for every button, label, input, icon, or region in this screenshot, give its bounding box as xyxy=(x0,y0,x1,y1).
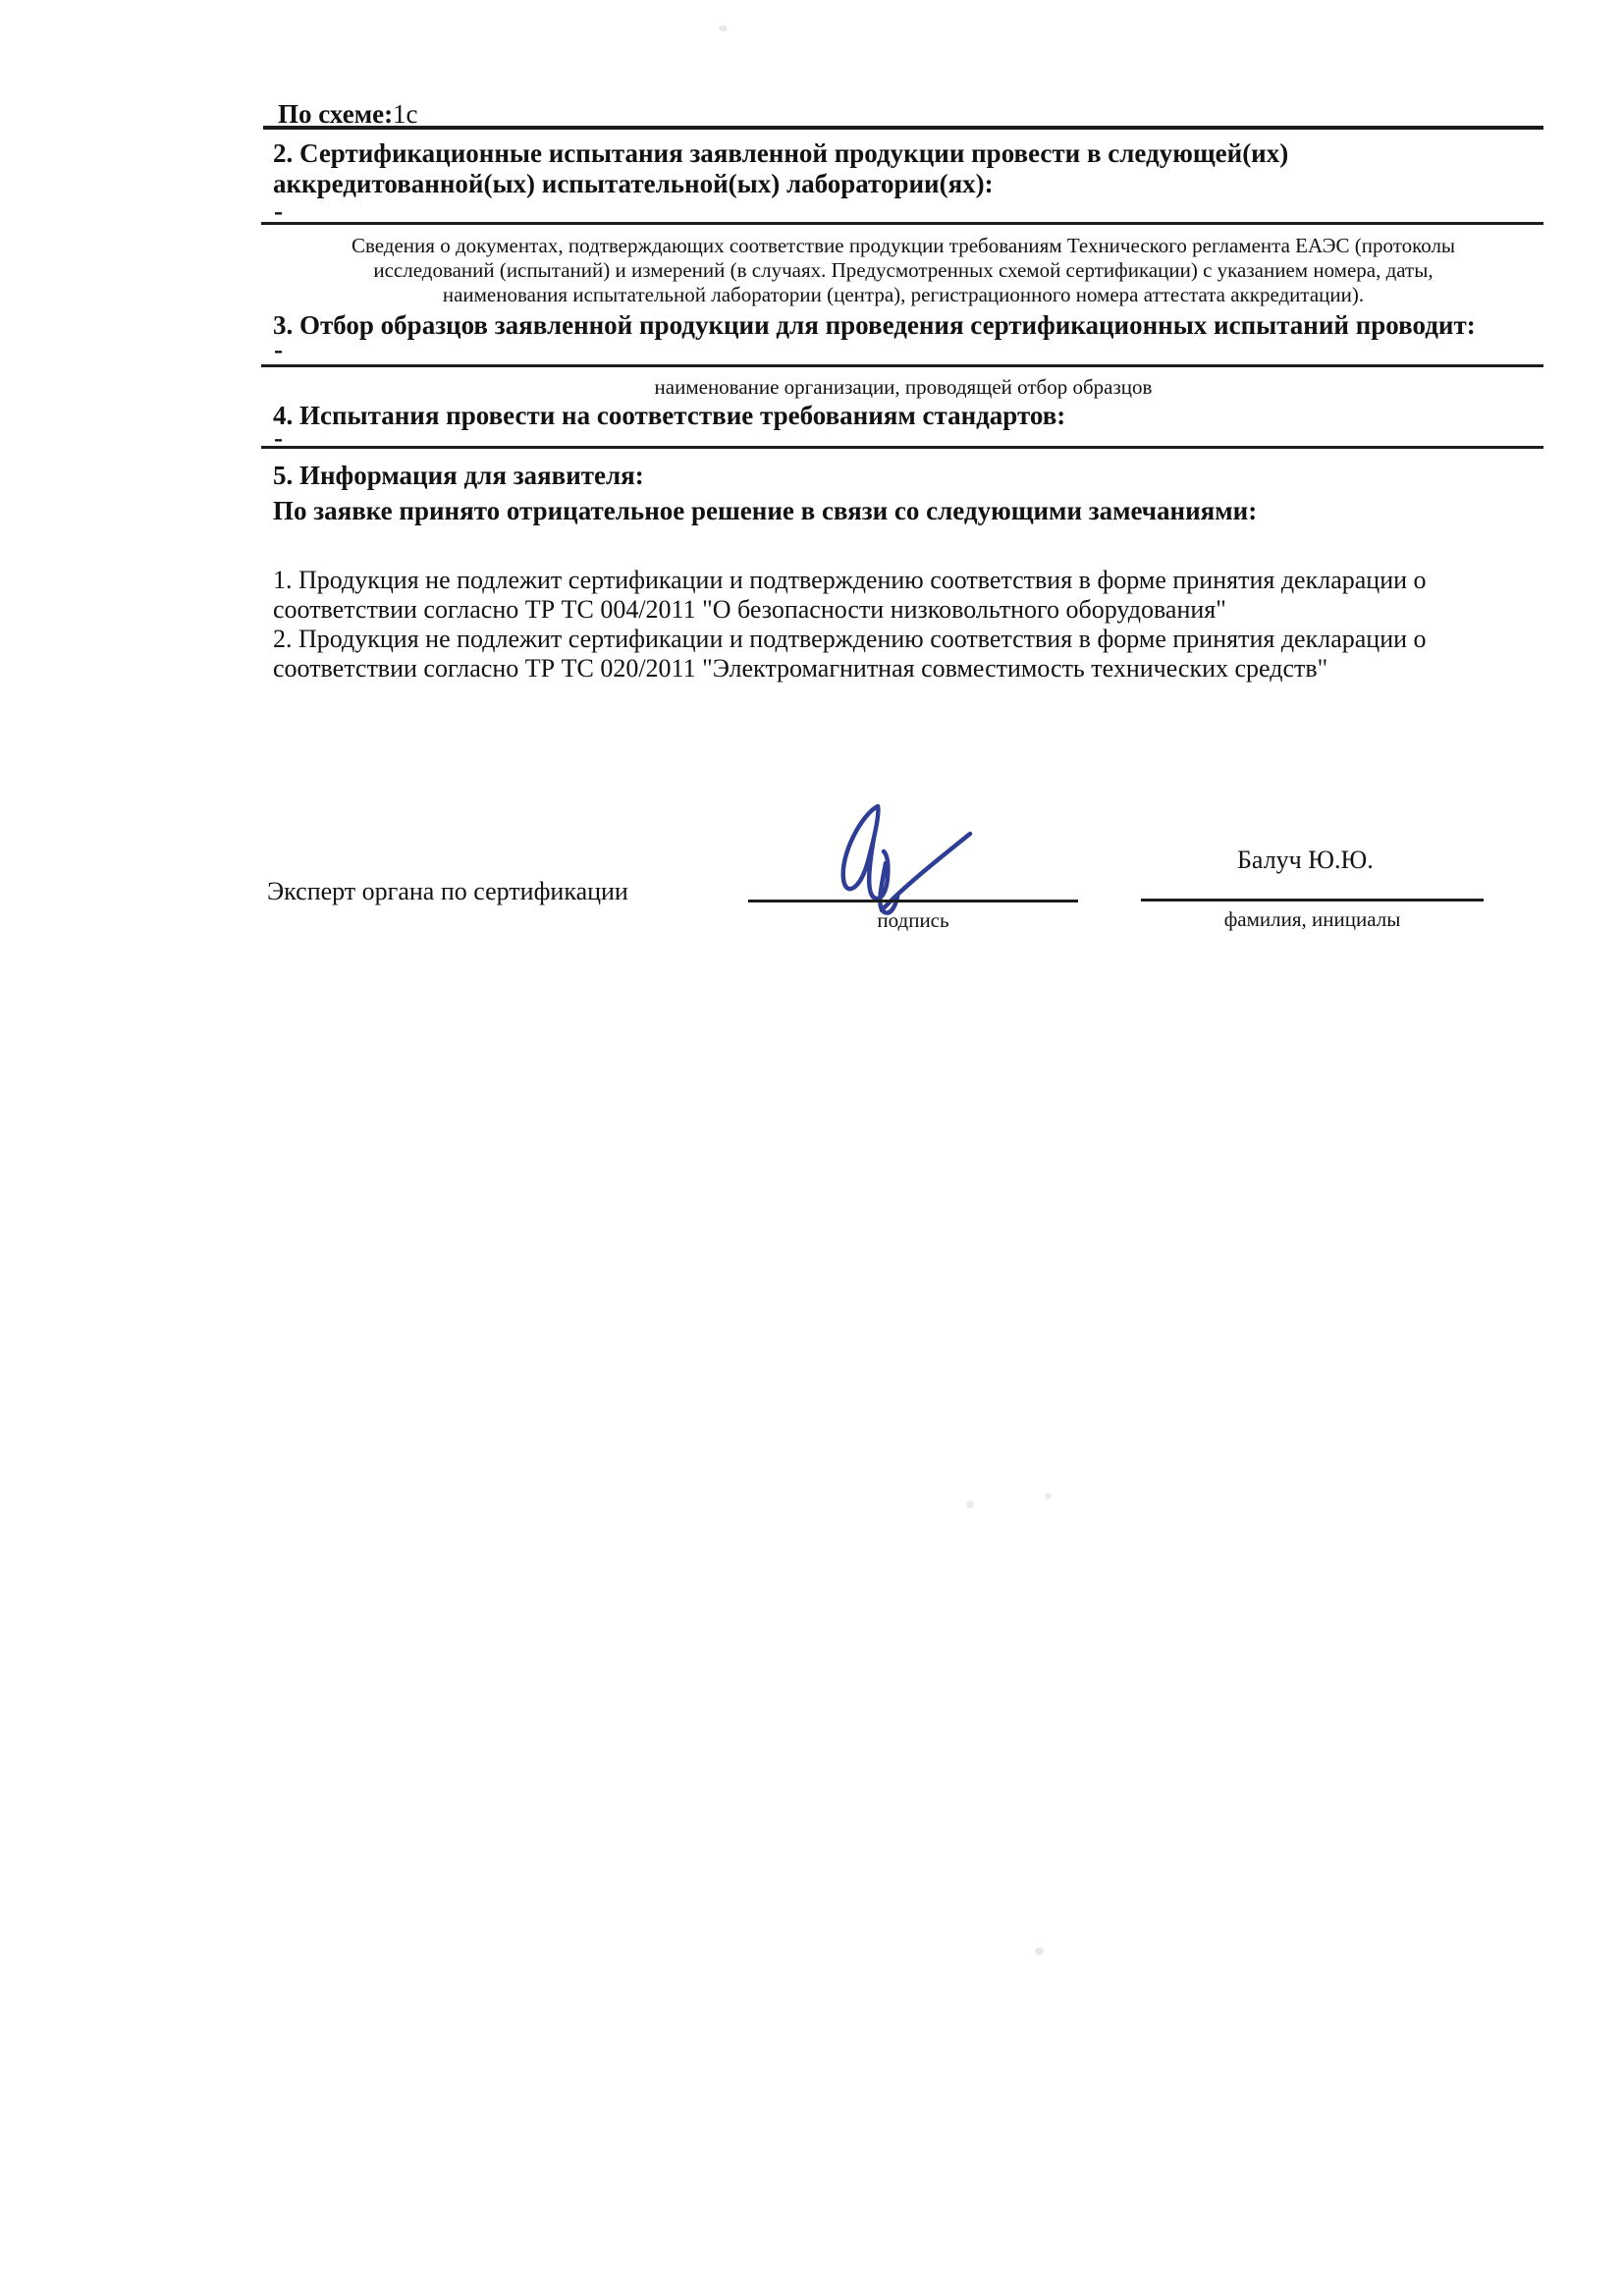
remark-1-line2: соответствии согласно ТР ТС 004/2011 "О … xyxy=(273,595,1226,625)
section-2-note-line2: исследований (испытаний) и измерений (в … xyxy=(263,258,1543,283)
section-3-note: наименование организации, проводящей отб… xyxy=(263,375,1543,400)
section-4-value: - xyxy=(274,423,283,454)
signature-line xyxy=(748,900,1078,902)
remark-2-line2: соответствии согласно ТР ТС 020/2011 "Эл… xyxy=(273,654,1327,683)
name-caption: фамилия, инициалы xyxy=(1141,907,1484,932)
scan-speck xyxy=(966,1501,974,1508)
rule-section-4 xyxy=(261,446,1543,449)
scan-speck xyxy=(719,26,728,31)
section-2-note-line3: наименования испытательной лаборатории (… xyxy=(263,283,1543,307)
signature-ink xyxy=(823,798,985,921)
section-2-title-line1: 2. Сертификационные испытания заявленной… xyxy=(273,138,1288,169)
scanned-document-page: По схеме: 1с 2. Сертификационные испытан… xyxy=(0,0,1623,2296)
rule-section-3 xyxy=(261,364,1543,367)
rule-under-scheme xyxy=(263,126,1543,130)
section-4-title: 4. Испытания провести на соответствие тр… xyxy=(273,401,1065,431)
name-line xyxy=(1141,899,1484,902)
section-2-title-line2: аккредитованной(ых) испытательной(ых) ла… xyxy=(273,169,994,199)
section-5-subtitle: По заявке принято отрицательное решение … xyxy=(273,496,1257,526)
section-5-title: 5. Информация для заявителя: xyxy=(273,461,644,491)
scan-speck xyxy=(1045,1493,1052,1500)
section-2-note-line1: Сведения о документах, подтверждающих со… xyxy=(263,234,1543,258)
expert-name: Балуч Ю.Ю. xyxy=(1237,846,1374,875)
remark-1-line1: 1. Продукция не подлежит сертификации и … xyxy=(273,566,1427,595)
expert-role-label: Эксперт органа по сертификации xyxy=(267,877,628,906)
scan-speck xyxy=(1035,1947,1044,1955)
section-3-title: 3. Отбор образцов заявленной продукции д… xyxy=(273,310,1476,341)
section-3-value: - xyxy=(274,335,283,365)
rule-section-2 xyxy=(261,222,1543,225)
remark-2-line1: 2. Продукция не подлежит сертификации и … xyxy=(273,625,1427,654)
signature-caption: подпись xyxy=(748,908,1078,933)
